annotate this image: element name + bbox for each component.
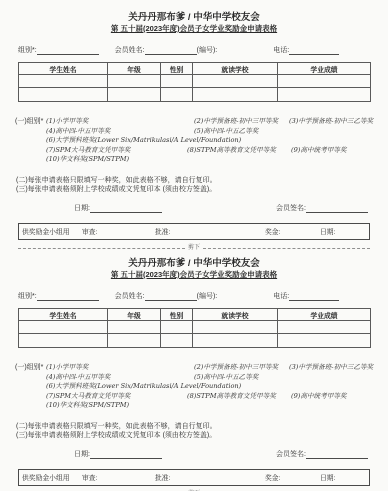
- member-signature-blank: [306, 204, 368, 213]
- review-label: 审查:: [82, 472, 97, 482]
- group-section-heading: (一)组别*: [15, 363, 43, 373]
- table-cell-blank: [108, 321, 161, 334]
- award-item: (7)SPM大马教育文凭甲等奖: [46, 146, 187, 156]
- scanned-page: 关丹丹那布爹 / 中华中学校友会 第 五十届(2023年度)会员子女学业奖励金申…: [0, 0, 388, 491]
- award-row: (6)大学预科班奖(Lower Six/Matrikulasi/A Level/…: [46, 382, 388, 392]
- col-header-student-name: 学生姓名: [19, 63, 108, 75]
- award-item: (8)STPM高等教育文凭甲等奖: [187, 146, 291, 156]
- phone-label: 电话:: [273, 292, 289, 301]
- award-row: (10)华文科奖(SPM/STPM): [46, 155, 388, 165]
- award-item: (1)小学甲等奖: [46, 363, 194, 373]
- award-row: (10)华文科奖(SPM/STPM): [46, 401, 388, 411]
- table-cell-blank: [161, 88, 193, 102]
- group-field-label: 组别*:: [18, 292, 37, 301]
- table-cell-blank: [161, 75, 193, 88]
- award-item: (4)高中四-中五甲等奖: [46, 373, 194, 383]
- award-row: (6)大学预科班奖(Lower Six/Matrikulasi/A Level/…: [46, 136, 388, 146]
- phone-label: 电话:: [273, 46, 289, 55]
- table-row: [19, 75, 371, 88]
- table-cell-blank: [193, 88, 278, 102]
- form-copy-top: 关丹丹那布爹 / 中华中学校友会 第 五十届(2023年度)会员子女学业奖励金申…: [0, 0, 388, 246]
- award-item: (6)大学预科班奖(Lower Six/Matrikulasi/A Level/…: [46, 136, 241, 146]
- col-header-school: 就读学校: [193, 309, 278, 321]
- award-row: (7)SPM大马教育文凭甲等奖 (8)STPM高等教育文凭甲等奖 (9)高中统考…: [46, 146, 388, 156]
- instructions-section: (二)每张申请表格只限填写一种奖，如此表格不够，请自行复印。 (三)每张申请表格…: [16, 176, 388, 195]
- form-subtitle: 第 五十届(2023年度)会员子女学业奖励金申请表格: [0, 24, 388, 33]
- signature-row: 日期: 会员签名:: [0, 450, 388, 459]
- date-blank: [90, 450, 162, 459]
- col-header-school: 就读学校: [193, 63, 278, 75]
- table-cell-blank: [19, 321, 108, 334]
- award-item: (5)高中四-中五乙等奖: [194, 373, 258, 383]
- table-cell-blank: [278, 88, 371, 102]
- group-field-blank: [37, 292, 99, 301]
- committee-box-title: 供奖励金小组用: [22, 226, 70, 236]
- scholarship-application-form: 关丹丹那布爹 / 中华中学校友会 第 五十届(2023年度)会员子女学业奖励金申…: [0, 246, 388, 491]
- col-header-gender: 性别: [161, 309, 193, 321]
- date-blank: [90, 204, 162, 213]
- approve-label: 批准:: [155, 472, 170, 482]
- award-item: (6)大学预科班奖(Lower Six/Matrikulasi/A Level/…: [46, 382, 241, 392]
- col-header-grade: 年级: [108, 309, 161, 321]
- group-field-label: 组别*:: [18, 46, 37, 55]
- award-categories-section: (一)组别* (1)小学甲等奖 (2)中学预备班-初中三甲等奖 (3)中学预备班…: [0, 117, 388, 165]
- member-no-label: (编号):: [197, 292, 218, 301]
- table-cell-blank: [278, 75, 371, 88]
- member-info-row: 组别*: 会员姓名: (编号): 电话:: [18, 292, 388, 301]
- award-item: (10)华文科奖(SPM/STPM): [46, 155, 129, 165]
- scholarship-application-form: 关丹丹那布爹 / 中华中学校友会 第 五十届(2023年度)会员子女学业奖励金申…: [0, 0, 388, 252]
- table-cell-blank: [278, 321, 371, 334]
- table-cell-blank: [161, 334, 193, 348]
- phone-blank: [289, 46, 339, 55]
- award-item: (5)高中四-中五乙等奖: [194, 127, 258, 137]
- table-cell-blank: [19, 334, 108, 348]
- note-line-2: (二)每张申请表格只限填写一种奖，如此表格不够，请自行复印。: [16, 176, 388, 186]
- instructions-section: (二)每张申请表格只限填写一种奖，如此表格不够，请自行复印。 (三)每张申请表格…: [16, 422, 388, 441]
- review-label: 审查:: [82, 226, 97, 236]
- award-item: (8)STPM高等教育文凭甲等奖: [187, 392, 291, 402]
- date-label: 日期:: [74, 204, 90, 213]
- col-header-student-name: 学生姓名: [19, 309, 108, 321]
- award-item: (9)高中统考甲等奖: [291, 392, 347, 402]
- table-cell-blank: [193, 321, 278, 334]
- table-row: [19, 334, 371, 348]
- award-item: (2)中学预备班-初中三甲等奖: [194, 363, 289, 373]
- award-row: (1)小学甲等奖 (2)中学预备班-初中三甲等奖 (3)中学预备班-初中三乙等奖: [46, 117, 388, 127]
- prize-label: 奖金:: [265, 472, 280, 482]
- committee-box-title: 供奖励金小组用: [22, 472, 70, 482]
- member-signature-label: 会员签名:: [276, 204, 306, 213]
- award-row: (1)小学甲等奖 (2)中学预备班-初中三甲等奖 (3)中学预备班-初中三乙等奖: [46, 363, 388, 373]
- award-row: (7)SPM大马教育文凭甲等奖 (8)STPM高等教育文凭甲等奖 (9)高中统考…: [46, 392, 388, 402]
- group-section-heading: (一)组别*: [15, 117, 43, 127]
- member-name-label: 会员姓名:: [115, 46, 145, 55]
- col-header-results: 学业成绩: [278, 63, 371, 75]
- students-table: 学生姓名 年级 性别 就读学校 学业成绩: [18, 308, 371, 348]
- award-item: (3)中学预备班-初中三乙等奖: [289, 117, 373, 127]
- form-subtitle: 第 五十届(2023年度)会员子女学业奖励金申请表格: [0, 270, 388, 279]
- member-no-label: (编号):: [197, 46, 218, 55]
- table-cell-blank: [108, 334, 161, 348]
- note-line-3: (三)每张申请表格须附上学校成绩或文凭复印本 (须由校方签盖)。: [16, 431, 388, 441]
- award-item: (9)高中统考甲等奖: [291, 146, 347, 156]
- table-cell-blank: [108, 88, 161, 102]
- table-cell-blank: [278, 334, 371, 348]
- table-header-row: 学生姓名 年级 性别 就读学校 学业成绩: [19, 309, 371, 321]
- award-row: (4)高中四-中五甲等奖 (5)高中四-中五乙等奖: [46, 373, 388, 383]
- col-header-gender: 性别: [161, 63, 193, 75]
- form-title: 关丹丹那布爹 / 中华中学校友会: [0, 258, 388, 269]
- table-cell-blank: [161, 321, 193, 334]
- award-item: (4)高中四-中五甲等奖: [46, 127, 194, 137]
- approve-label: 批准:: [155, 226, 170, 236]
- table-row: [19, 321, 371, 334]
- table-cell-blank: [19, 88, 108, 102]
- member-signature-label: 会员签名:: [276, 450, 306, 459]
- member-info-row: 组别*: 会员姓名: (编号): 电话:: [18, 46, 388, 55]
- committee-use-box: 供奖励金小组用 审查: 批准: 奖金: 日期:: [18, 223, 370, 240]
- award-row: (4)高中四-中五甲等奖 (5)高中四-中五乙等奖: [46, 127, 388, 137]
- note-line-3: (三)每张申请表格须附上学校成绩或文凭复印本 (须由校方签盖)。: [16, 185, 388, 195]
- col-header-results: 学业成绩: [278, 309, 371, 321]
- note-line-2: (二)每张申请表格只限填写一种奖，如此表格不够，请自行复印。: [16, 422, 388, 432]
- phone-blank: [289, 292, 339, 301]
- students-table: 学生姓名 年级 性别 就读学校 学业成绩: [18, 62, 371, 102]
- committee-date-label: 日期:: [320, 226, 335, 236]
- award-item: (2)中学预备班-初中三甲等奖: [194, 117, 289, 127]
- award-item: (1)小学甲等奖: [46, 117, 194, 127]
- table-header-row: 学生姓名 年级 性别 就读学校 学业成绩: [19, 63, 371, 75]
- member-name-label: 会员姓名:: [115, 292, 145, 301]
- member-signature-blank: [306, 450, 368, 459]
- award-categories-section: (一)组别* (1)小学甲等奖 (2)中学预备班-初中三甲等奖 (3)中学预备班…: [0, 363, 388, 411]
- award-item: (7)SPM大马教育文凭甲等奖: [46, 392, 187, 402]
- member-name-blank: [145, 46, 197, 55]
- form-copy-bottom: 关丹丹那布爹 / 中华中学校友会 第 五十届(2023年度)会员子女学业奖励金申…: [0, 246, 388, 491]
- table-cell-blank: [193, 75, 278, 88]
- group-field-blank: [37, 46, 99, 55]
- committee-use-box: 供奖励金小组用 审查: 批准: 奖金: 日期:: [18, 469, 370, 486]
- award-item: (3)中学预备班-初中三乙等奖: [289, 363, 373, 373]
- table-cell-blank: [19, 75, 108, 88]
- table-cell-blank: [193, 334, 278, 348]
- award-item: (10)华文科奖(SPM/STPM): [46, 401, 129, 411]
- table-cell-blank: [108, 75, 161, 88]
- form-title: 关丹丹那布爹 / 中华中学校友会: [0, 12, 388, 23]
- member-name-blank: [145, 292, 197, 301]
- prize-label: 奖金:: [265, 226, 280, 236]
- col-header-grade: 年级: [108, 63, 161, 75]
- table-row: [19, 88, 371, 102]
- committee-date-label: 日期:: [320, 472, 335, 482]
- date-label: 日期:: [74, 450, 90, 459]
- signature-row: 日期: 会员签名:: [0, 204, 388, 213]
